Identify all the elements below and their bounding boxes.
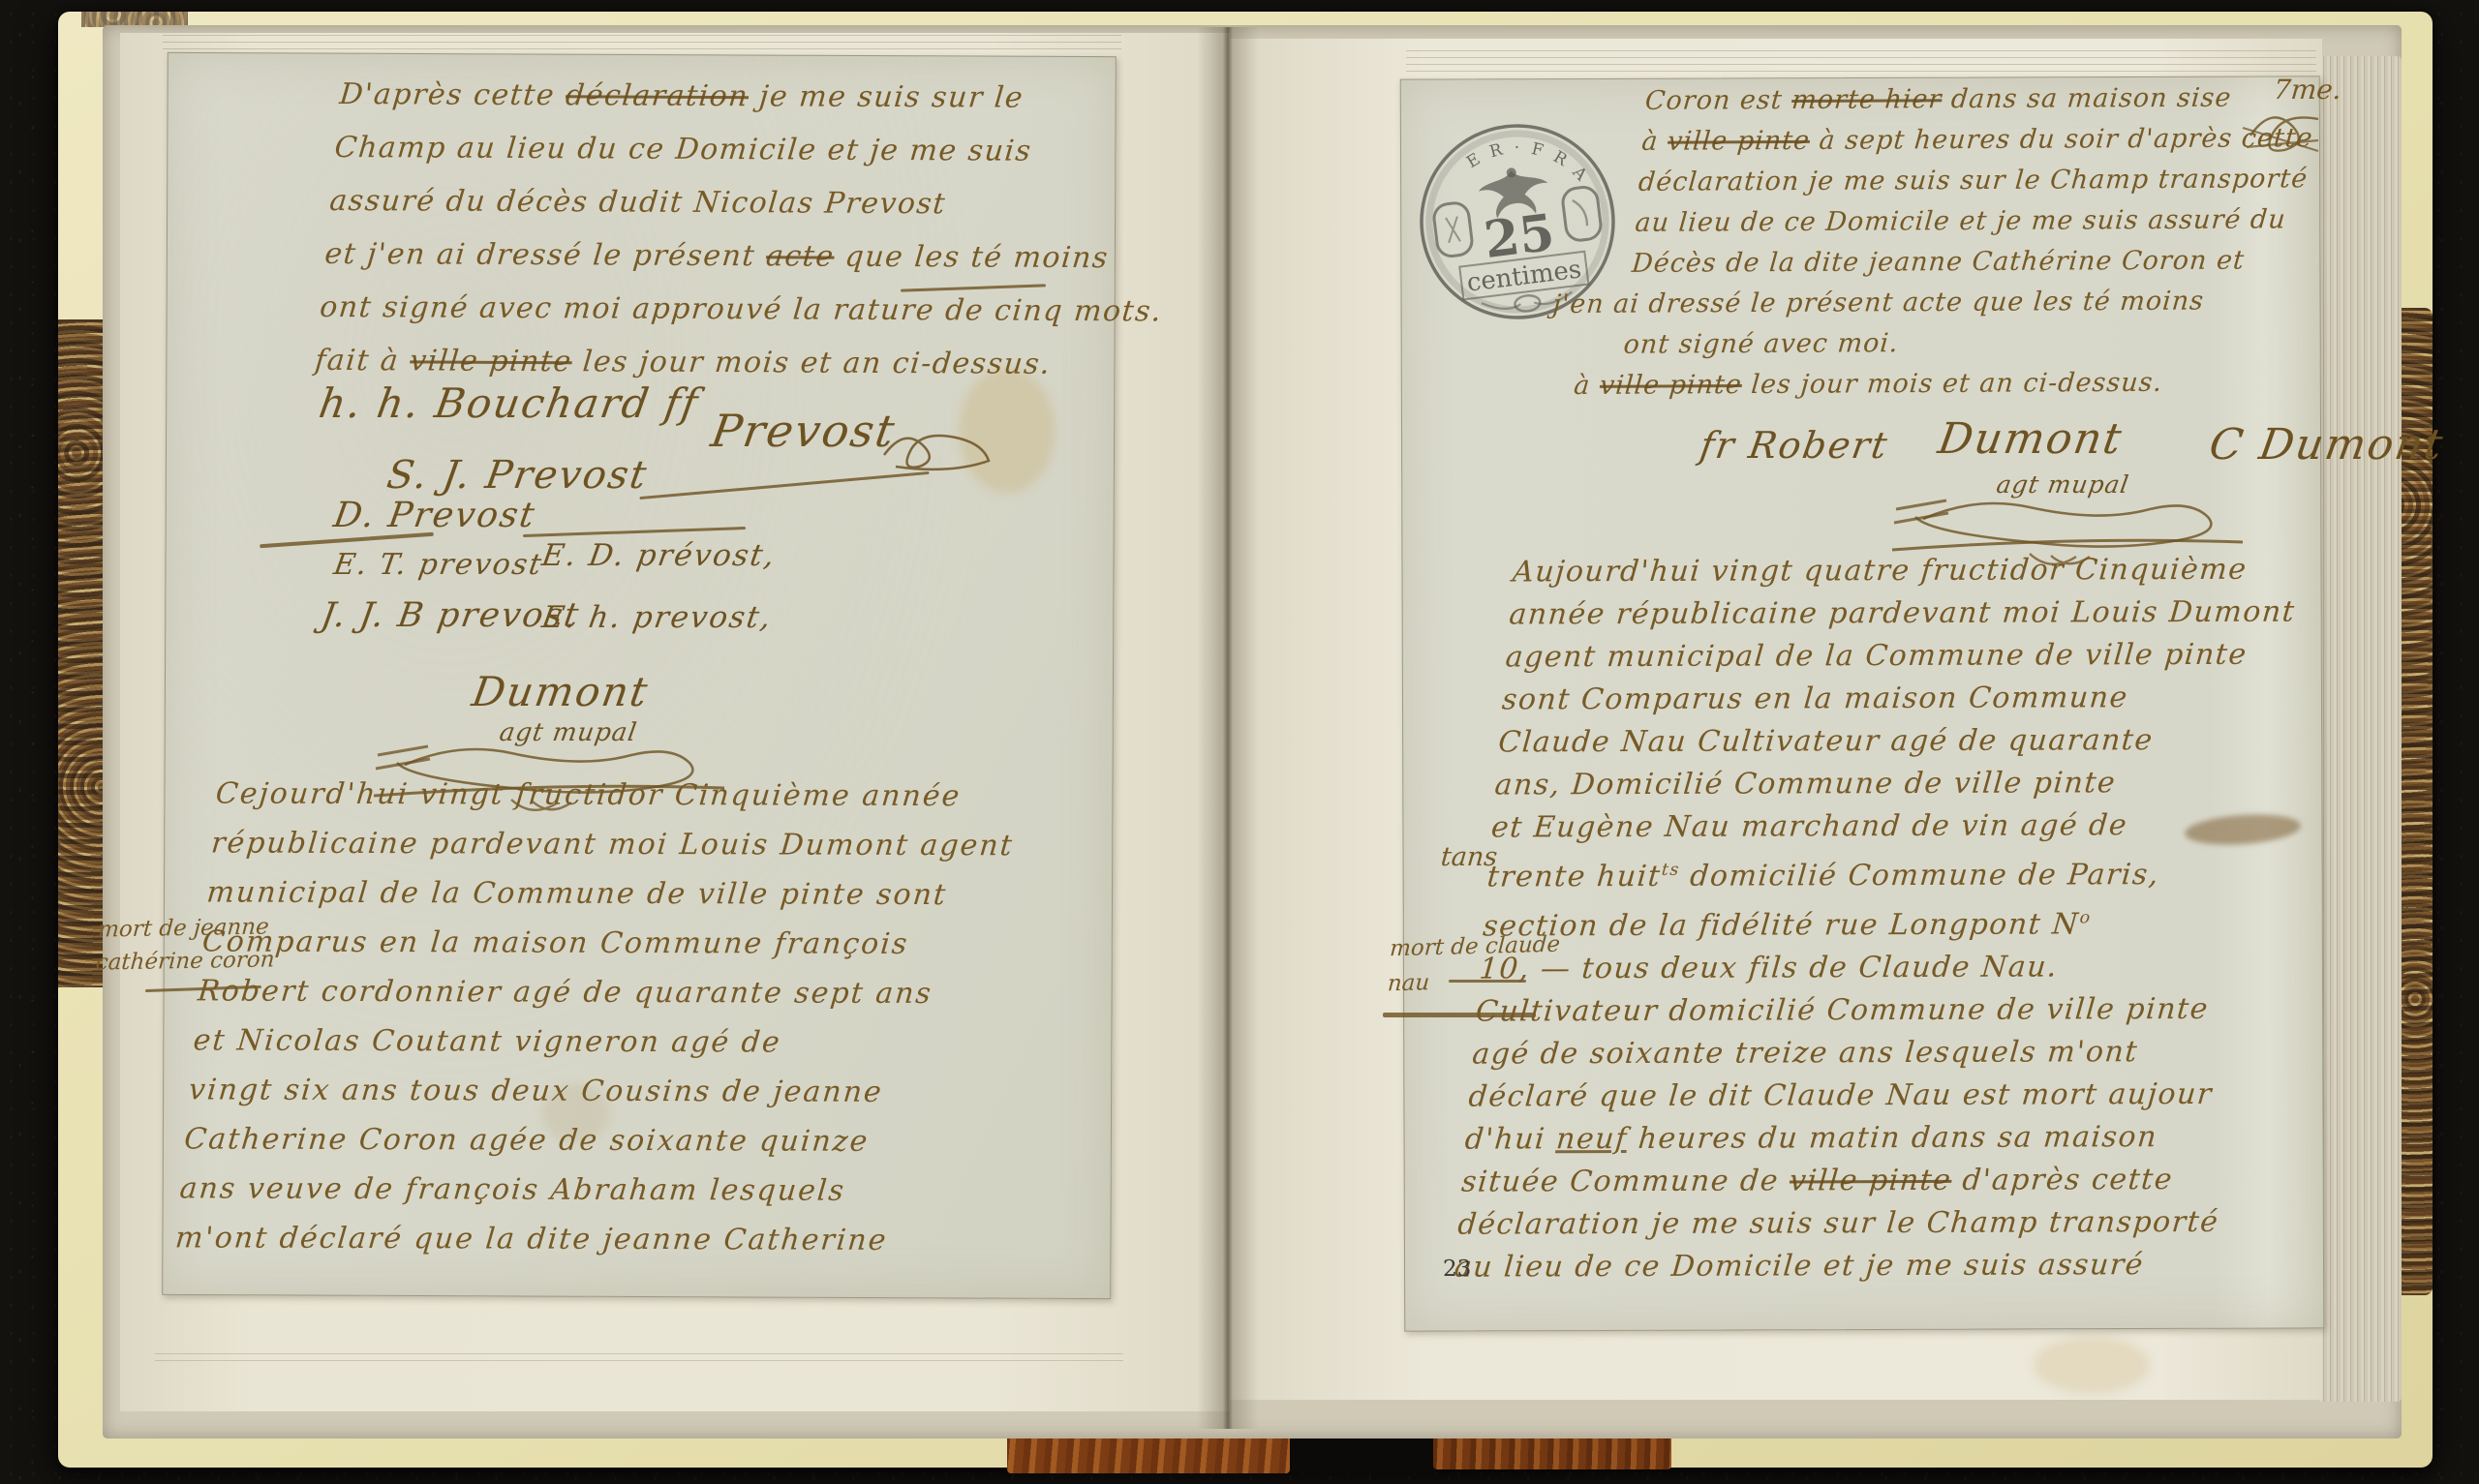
handwritten-line: année républicaine pardevant moi Louis D…: [1508, 591, 2369, 636]
handwritten-line: section de la fidélité rue Longpont No: [1482, 895, 2342, 948]
signature-bouchard: h. h. Bouchard ff: [316, 379, 702, 427]
handwritten-line: déclaré que le dit Claude Nau est mort a…: [1467, 1074, 2328, 1119]
right-paragraph-1b: j'en ai dressé le présent acte que les t…: [1545, 281, 2329, 407]
page-number: 23: [1443, 1257, 1471, 1282]
handwritten-line: ans, Domicilié Commune de ville pinte: [1493, 761, 2354, 806]
handwritten-line: Cejourd'hui vingt fructidor Cinquième an…: [214, 769, 1100, 821]
handwritten-line: déclaration je me suis sur le Champ tran…: [1456, 1201, 2317, 1247]
handwritten-line: agent municipal de la Commune de ville p…: [1504, 633, 2365, 679]
page-edges-bottom-left: [155, 1353, 1123, 1367]
handwritten-line: sont Comparus en la maison Commune: [1500, 676, 2361, 721]
signature-ed-prevost: E. D. prévost,: [539, 538, 779, 573]
left-paragraph-1: D'après cette déclaration je me suis sur…: [313, 68, 1108, 391]
page-edges-top-left: [163, 35, 1121, 52]
right-paragraph-2: Aujourd'hui vingt quatre fructidor Cinqu…: [1453, 548, 2372, 1288]
signature-robert: fr Robert: [1698, 424, 1892, 467]
handwritten-line: et j'en ai dressé le présent acte que le…: [322, 227, 1092, 285]
officer-signature-dumont-right: Dumont: [1935, 414, 2127, 464]
signature-eh-prevost: E. h. prevost,: [539, 600, 775, 635]
handwritten-line: située Commune de ville pinte d'après ce…: [1459, 1159, 2320, 1204]
signature-d-prevost: D. Prevost: [331, 496, 539, 535]
handwritten-line: Coron est morte hier dans sa maison sise: [1643, 77, 2334, 122]
handwritten-line: assuré du décès dudit Nicolas Prevost: [327, 174, 1097, 231]
handwritten-line: vingt six ans tous deux Cousins de jeann…: [187, 1065, 1073, 1117]
officer-signature-dumont: Dumont: [469, 668, 653, 715]
handwritten-line: Décès de la dite jeanne Cathérine Coron …: [1630, 240, 2320, 285]
signature-sj-prevost: S. J. Prevost: [383, 453, 651, 498]
left-paragraph-2: Cejourd'hui vingt fructidor Cinquième an…: [173, 769, 1099, 1265]
handwritten-line: à ville pinte les jour mois et an ci-des…: [1545, 362, 2322, 407]
handwritten-line: et Eugène Nau marchand de vin agé de: [1489, 803, 2350, 849]
handwritten-line: et Nicolas Coutant vigneron agé de: [191, 1015, 1077, 1068]
handwritten-line: Catherine Coron agée de soixante quinze: [182, 1114, 1068, 1166]
handwritten-line: Champ au lieu du ce Domicile et je me su…: [332, 121, 1102, 178]
handwritten-line: ans veuve de françois Abraham lesquels: [177, 1164, 1063, 1216]
handwritten-line: Claude Nau Cultivateur agé de quarante: [1497, 718, 2358, 764]
scanned-register-photo: D'après cette déclaration je me suis sur…: [0, 0, 2479, 1484]
right-paragraph-1a: Coron est morte hier dans sa maison sise…: [1630, 77, 2334, 285]
signature-prevost-large: Prevost: [708, 405, 900, 457]
handwritten-line: Aujourd'hui vingt quatre fructidor Cinqu…: [1511, 548, 2372, 593]
handwritten-line: à ville pinte à sept heures du soir d'ap…: [1640, 118, 2331, 163]
handwritten-line: j'en ai dressé le présent acte que les t…: [1551, 281, 2329, 325]
handwritten-line: agé de soixante treize ans lesquels m'on…: [1470, 1030, 2331, 1075]
handwritten-line: municipal de la Commune de ville pinte s…: [204, 867, 1090, 920]
handwritten-line: m'ont déclaré que la dite jeanne Catheri…: [173, 1213, 1059, 1265]
handwritten-line: au lieu de ce Domicile et je me suis ass…: [1634, 199, 2324, 244]
handwritten-line: déclaration je me suis sur le Champ tran…: [1637, 159, 2327, 203]
handwritten-line: Robert cordonnier agé de quarante sept a…: [196, 966, 1082, 1018]
book-gutter: [1197, 27, 1259, 1429]
handwritten-line: républicaine pardevant moi Louis Dumont …: [209, 818, 1095, 870]
paper-stain: [2034, 1336, 2150, 1394]
signature-c-dumont: C Dumont: [2206, 420, 2448, 469]
handwritten-line: trente huitts domicilié Commune de Paris…: [1485, 846, 2346, 898]
handwritten-line: ont signé avec moi.: [1547, 321, 2325, 366]
handwritten-line: d'hui neuf heures du matin dans sa maiso…: [1463, 1116, 2324, 1162]
handwritten-line: Cultivateur domicilié Commune de ville p…: [1474, 987, 2335, 1033]
handwritten-line: 10, — tous deux fils de Claude Nau.: [1478, 945, 2339, 990]
handwritten-line: Comparus en la maison Commune françois: [200, 917, 1086, 969]
stamp-right-shield: [1561, 186, 1602, 242]
page-edges-top-right: [1406, 50, 2316, 72]
signature-et-prevost: E. T. prevost: [331, 548, 545, 582]
handwritten-line: D'après cette déclaration je me suis sur…: [337, 68, 1107, 125]
handwritten-line: au lieu de ce Domicile et je me suis ass…: [1453, 1244, 2313, 1289]
